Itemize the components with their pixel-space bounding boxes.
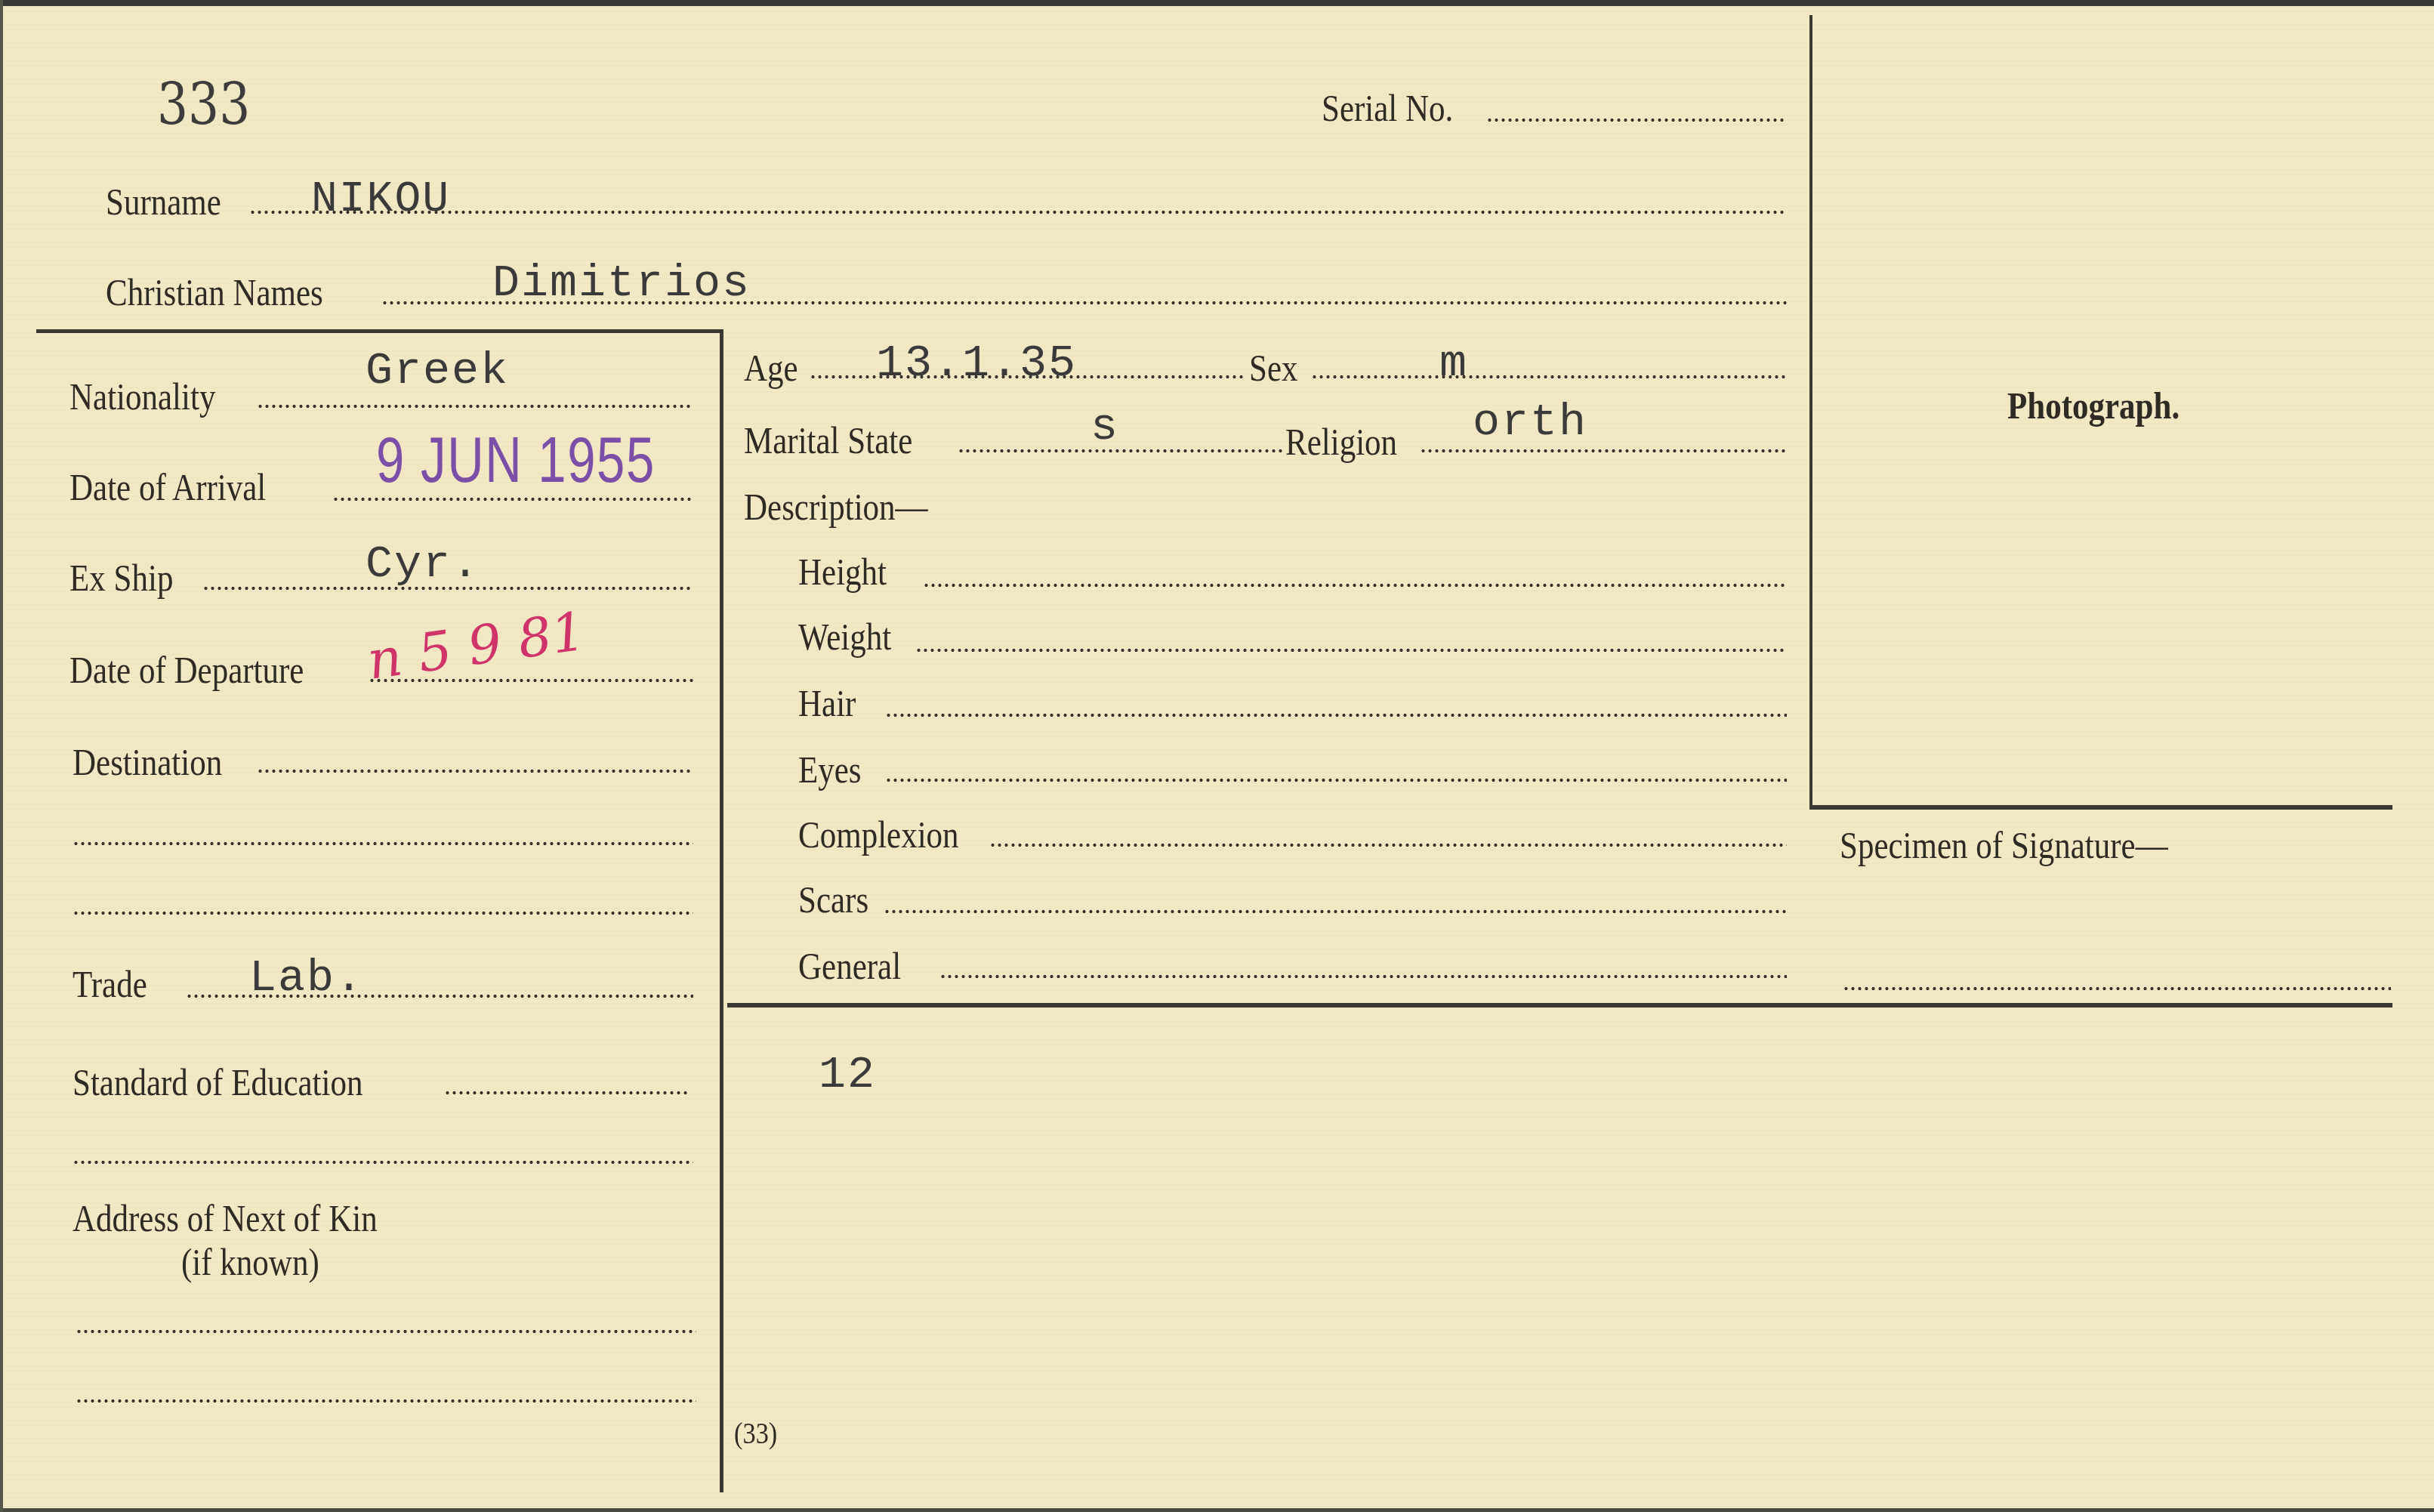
date-of-arrival-field-line[interactable] [332,497,691,501]
christian-names-label: Christian Names [106,273,323,311]
scan-edge-bottom [0,1508,2434,1512]
religion-label: Religion [1285,423,1397,461]
signature-label: Specimen of Signature— [1840,826,2168,864]
description-heading: Description— [744,488,928,526]
religion-value: orth [1473,400,1587,446]
standard-of-education-label: Standard of Education [72,1063,363,1101]
standard-of-education-field-line-2[interactable] [72,1160,693,1165]
age-value: 13.1.35 [876,341,1077,387]
destination-field-line-3[interactable] [72,911,693,915]
serial-no-label: Serial No. [1322,89,1453,127]
next-of-kin-field-line-2[interactable] [76,1399,696,1403]
photograph-box [1812,15,2392,805]
eyes-field-line[interactable] [885,778,1787,782]
surname-value: NIKOU [311,178,450,222]
age-label: Age [744,349,798,387]
hair-label: Hair [798,684,856,722]
general-label: General [798,947,901,985]
hair-field-line[interactable] [885,713,1787,717]
nationality-label: Nationality [69,378,215,415]
scars-label: Scars [798,881,868,918]
destination-field-line-2[interactable] [72,841,693,846]
departure-handwritten-note: n 5 9 81 [364,604,588,687]
note-number: 12 [819,1053,876,1098]
trade-value: Lab. [249,956,364,1001]
scars-field-line[interactable] [884,909,1787,914]
surname-field-line[interactable] [249,210,1787,214]
left-panel-top-rule [36,329,723,333]
left-panel-divider [720,329,723,1492]
signature-field-line[interactable] [1843,986,2391,991]
height-label: Height [798,553,887,591]
christian-names-value: Dimitrios [492,261,751,307]
date-of-arrival-label: Date of Arrival [69,468,266,506]
surname-label: Surname [106,183,221,221]
sex-label: Sex [1249,349,1298,387]
ex-ship-value: Cyr. [366,542,480,588]
trade-label: Trade [72,965,147,1003]
scan-edge-left [0,0,3,1512]
marital-state-value: s [1091,405,1119,450]
photo-box-bottom-rule [1809,805,2392,810]
weight-label: Weight [798,618,891,656]
sex-field-line[interactable] [1311,375,1787,379]
date-of-departure-label: Date of Departure [69,651,304,689]
next-of-kin-sublabel: (if known) [181,1243,319,1281]
scan-edge-top [0,0,2434,6]
file-number: 333 [157,76,250,133]
marital-state-label: Marital State [744,421,912,459]
serial-no-field[interactable] [1486,118,1787,122]
marital-state-field-line[interactable] [958,449,1284,453]
sex-value: m [1439,341,1468,387]
ex-ship-label: Ex Ship [69,559,173,597]
destination-field-line-1[interactable] [257,769,693,773]
complexion-label: Complexion [798,816,959,853]
height-field-line[interactable] [923,583,1787,588]
nationality-field-line[interactable] [257,404,691,409]
form-number: (33) [734,1418,777,1449]
arrival-date-stamp: 9 JUN 1955 [376,427,656,492]
complexion-field-line[interactable] [989,843,1787,847]
description-bottom-rule [727,1003,2392,1007]
weight-field-line[interactable] [915,648,1787,653]
immigration-record-card: 333 Serial No. Surname NIKOU Christian N… [0,0,2434,1512]
standard-of-education-field-line[interactable] [444,1091,689,1095]
next-of-kin-field-line-1[interactable] [76,1329,696,1334]
religion-field-line[interactable] [1420,449,1787,453]
next-of-kin-label: Address of Next of Kin [72,1199,378,1237]
nationality-value: Greek [366,349,509,394]
general-field-line[interactable] [939,974,1787,979]
destination-label: Destination [72,743,222,781]
eyes-label: Eyes [798,751,862,788]
